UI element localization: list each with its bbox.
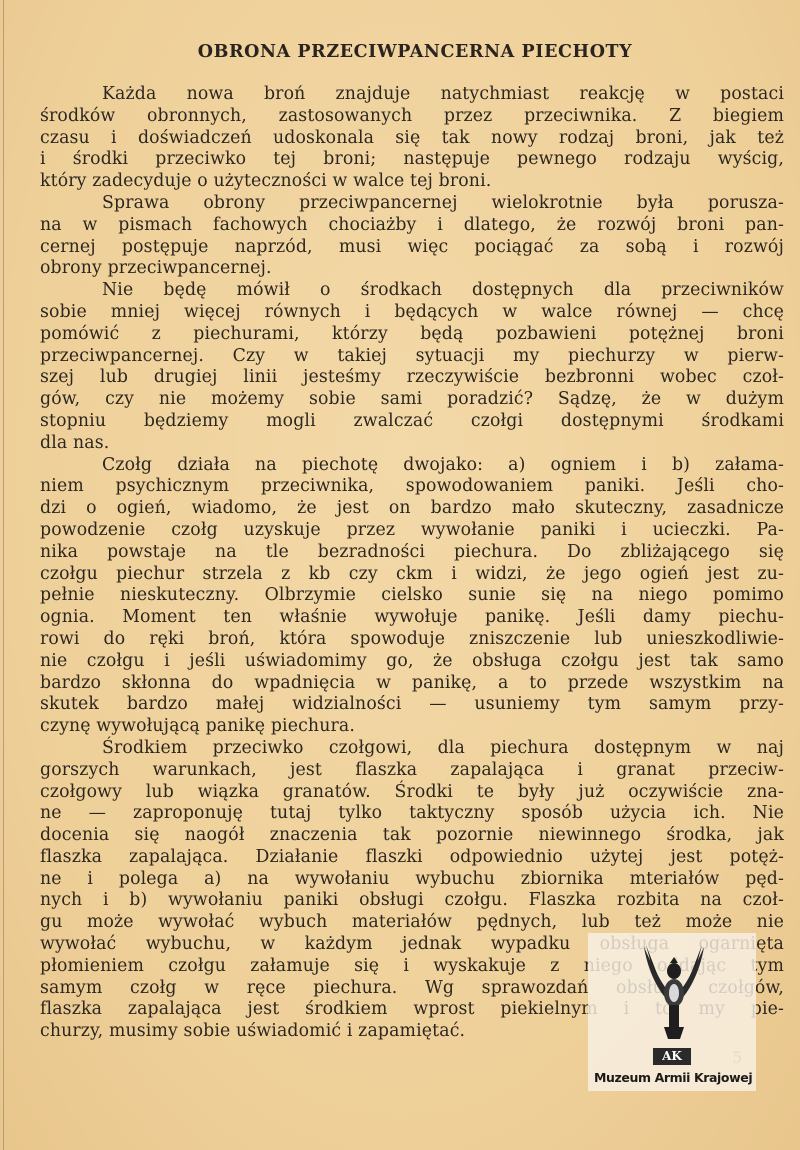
ak-emblem-label: AK bbox=[653, 1048, 691, 1065]
text-line: szej lub drugiej linii jesteśmy rzeczywi… bbox=[40, 367, 784, 389]
text-line: powodzenie czołg uzyskuje przez wywołani… bbox=[40, 520, 784, 542]
text-line: na w pismach fachowych chociażby i dlate… bbox=[40, 215, 784, 237]
text-line: niem psychicznym przeciwnika, spowodowan… bbox=[40, 476, 784, 498]
text-line: ognia. Moment ten właśnie wywołuje panik… bbox=[40, 607, 784, 629]
museum-watermark: AK Muzeum Armii Krajowej bbox=[588, 933, 756, 1091]
text-line: rowi do ręki broń, która spowoduje znisz… bbox=[40, 629, 784, 651]
text-line: bardzo skłonna do wpadnięcia w panikę, a… bbox=[40, 673, 784, 695]
text-line: który zadecyduje o użyteczności w walce … bbox=[40, 171, 784, 193]
text-line: Każda nowa broń znajduje natychmiast rea… bbox=[40, 84, 784, 106]
eagle-emblem-icon bbox=[638, 941, 710, 1041]
text-line: sobie mniej więcej równych i będących w … bbox=[40, 302, 784, 324]
text-line: środków obronnych, zastosowanych przez p… bbox=[40, 106, 784, 128]
text-line: gów, czy nie możemy sobie sami poradzić?… bbox=[40, 389, 784, 411]
text-line: przeciwpancernej. Czy w takiej sytuacji … bbox=[40, 346, 784, 368]
text-line: docenia się naogół znaczenia tak pozorni… bbox=[40, 825, 784, 847]
text-line: obrony przeciwpancernej. bbox=[40, 258, 784, 280]
text-line: ne — zaproponuję tutaj tylko taktyczny s… bbox=[40, 803, 784, 825]
text-line: czołgu piechur strzela z kb czy ckm i wi… bbox=[40, 564, 784, 586]
document-page: OBRONA PRZECIWPANCERNA PIECHOTY Każda no… bbox=[40, 42, 784, 1043]
text-line: pełnie nieskuteczny. Olbrzymie cielsko s… bbox=[40, 585, 784, 607]
text-line: pomówić z piechurami, którzy będą pozbaw… bbox=[40, 324, 784, 346]
text-line: dzi o ogień, wiadomo, że jest on bardzo … bbox=[40, 498, 784, 520]
text-line: nika powstaje na tle bezradności piechur… bbox=[40, 542, 784, 564]
text-line: Sprawa obrony przeciwpancernej wielokrot… bbox=[40, 193, 784, 215]
text-line: Nie będę mówił o środkach dostępnych dla… bbox=[40, 280, 784, 302]
page-title: OBRONA PRZECIWPANCERNA PIECHOTY bbox=[40, 42, 784, 62]
text-line: skutek bardzo małej widzialności — usuni… bbox=[40, 694, 784, 716]
text-line: flaszka zapalająca. Działanie flaszki od… bbox=[40, 847, 784, 869]
text-line: gu może wywołać wybuch materiałów pędnyc… bbox=[40, 912, 784, 934]
text-line: czasu i doświadczeń udoskonala się tak n… bbox=[40, 128, 784, 150]
text-line: i środki przeciwko tej broni; następuje … bbox=[40, 149, 784, 171]
page-edge-line bbox=[3, 0, 4, 1150]
text-line: nie czołgu i jeśli uświadomimy go, że ob… bbox=[40, 651, 784, 673]
text-line: Środkiem przeciwko czołgowi, dla piechur… bbox=[40, 738, 784, 760]
text-line: czynę wywołującą panikę piechura. bbox=[40, 716, 784, 738]
text-line: Czołg działa na piechotę dwojako: a) ogn… bbox=[40, 455, 784, 477]
text-line: czołgowy lub wiązka granatów. Środki te … bbox=[40, 782, 784, 804]
text-line: stopniu będziemy mogli zwalczać czołgi d… bbox=[40, 411, 784, 433]
text-line: ne i polega a) na wywołaniu wybuchu zbio… bbox=[40, 869, 784, 891]
text-line: gorszych warunkach, jest flaszka zapalaj… bbox=[40, 760, 784, 782]
text-line: nych i b) wywołaniu paniki obsługi czołg… bbox=[40, 890, 784, 912]
text-line: cernej postępuje naprzód, musi więc poci… bbox=[40, 237, 784, 259]
text-line: dla nas. bbox=[40, 433, 784, 455]
body-text: Każda nowa broń znajduje natychmiast rea… bbox=[40, 84, 784, 1043]
museum-name: Muzeum Armii Krajowej bbox=[594, 1070, 754, 1085]
